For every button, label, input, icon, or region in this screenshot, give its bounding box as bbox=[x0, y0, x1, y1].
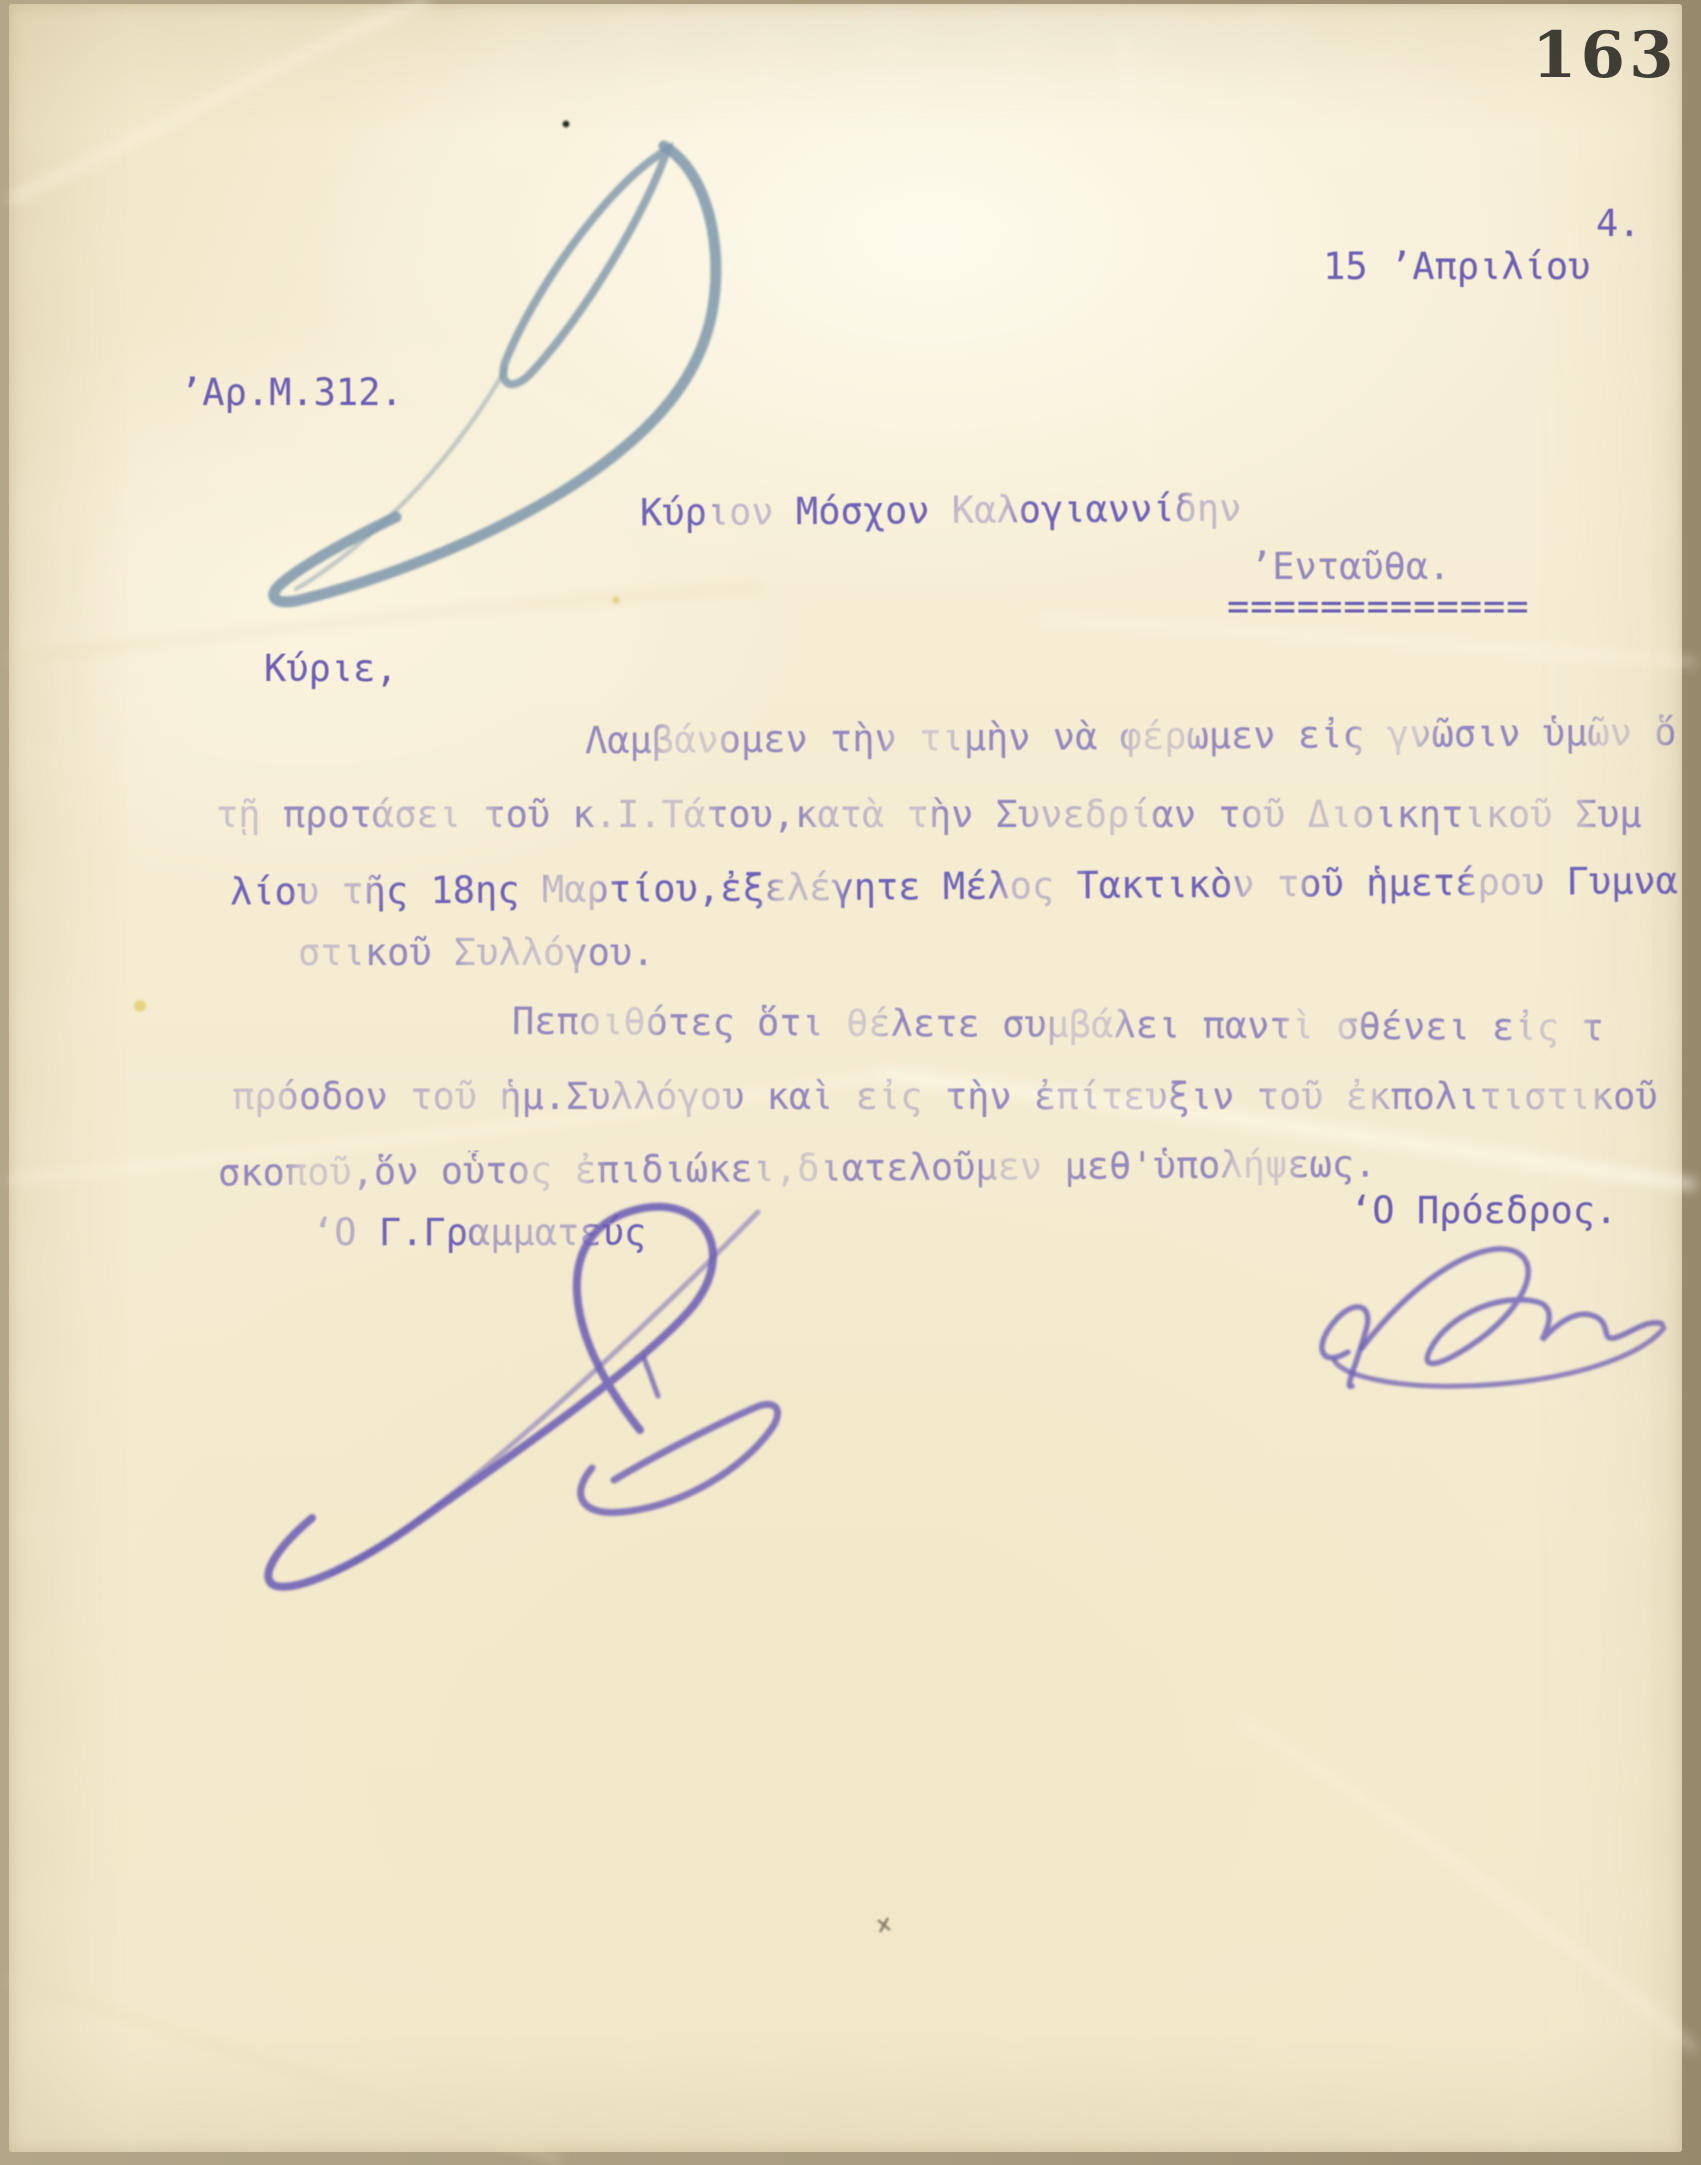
body-line-2: τῇ προτάσει τοῦ κ.Ι.Τάτου,κατὰ τὴν Συνεδ… bbox=[216, 794, 1642, 837]
body-line-5: Πεποιθότες ὅτι θέλετε συμβάλει παντὶ σθέ… bbox=[512, 1001, 1604, 1050]
recipient-name: Κύριον Μόσχον Καλογιαννίδην bbox=[640, 488, 1242, 535]
reference-number: ’Αρ.Μ.312. bbox=[180, 372, 403, 415]
date-day-month: 15 ’Απριλίου bbox=[1323, 245, 1590, 288]
body-line-4: στικοῦ Συλλόγου. bbox=[298, 932, 654, 975]
recipient-location: ’Ενταῦθα. bbox=[1250, 546, 1450, 589]
recipient-divider: ============= bbox=[1227, 586, 1530, 629]
page-number: 163 bbox=[1532, 18, 1678, 93]
date-number: 4. bbox=[1596, 203, 1641, 246]
body-line-6: πρόοδον τοῦ ἡμ.Συλλόγου καὶ εἰς τὴν ἐπίτ… bbox=[232, 1076, 1658, 1119]
secretary-title: ‘Ο Γ.Γραμματεύς bbox=[312, 1212, 646, 1255]
president-title: ‘Ο Πρόεδρος. bbox=[1350, 1190, 1617, 1233]
body-line-1: Λαμβάνομεν τὴν τιμὴν νὰ φέρωμεν εἰς γνῶσ… bbox=[585, 712, 1677, 763]
scanned-letter-page: 163 15 ’Απριλίου 4. ’Αρ.Μ.312. Κύριον Μό… bbox=[0, 0, 1701, 2165]
date-line: 15 ’Απριλίου bbox=[1234, 203, 1590, 331]
body-line-7: σκοποῦ,ὅν οὗτος ἐπιδιώκει,διατελοῦμεν με… bbox=[218, 1143, 1377, 1195]
salutation: Κύριε, bbox=[264, 648, 398, 691]
